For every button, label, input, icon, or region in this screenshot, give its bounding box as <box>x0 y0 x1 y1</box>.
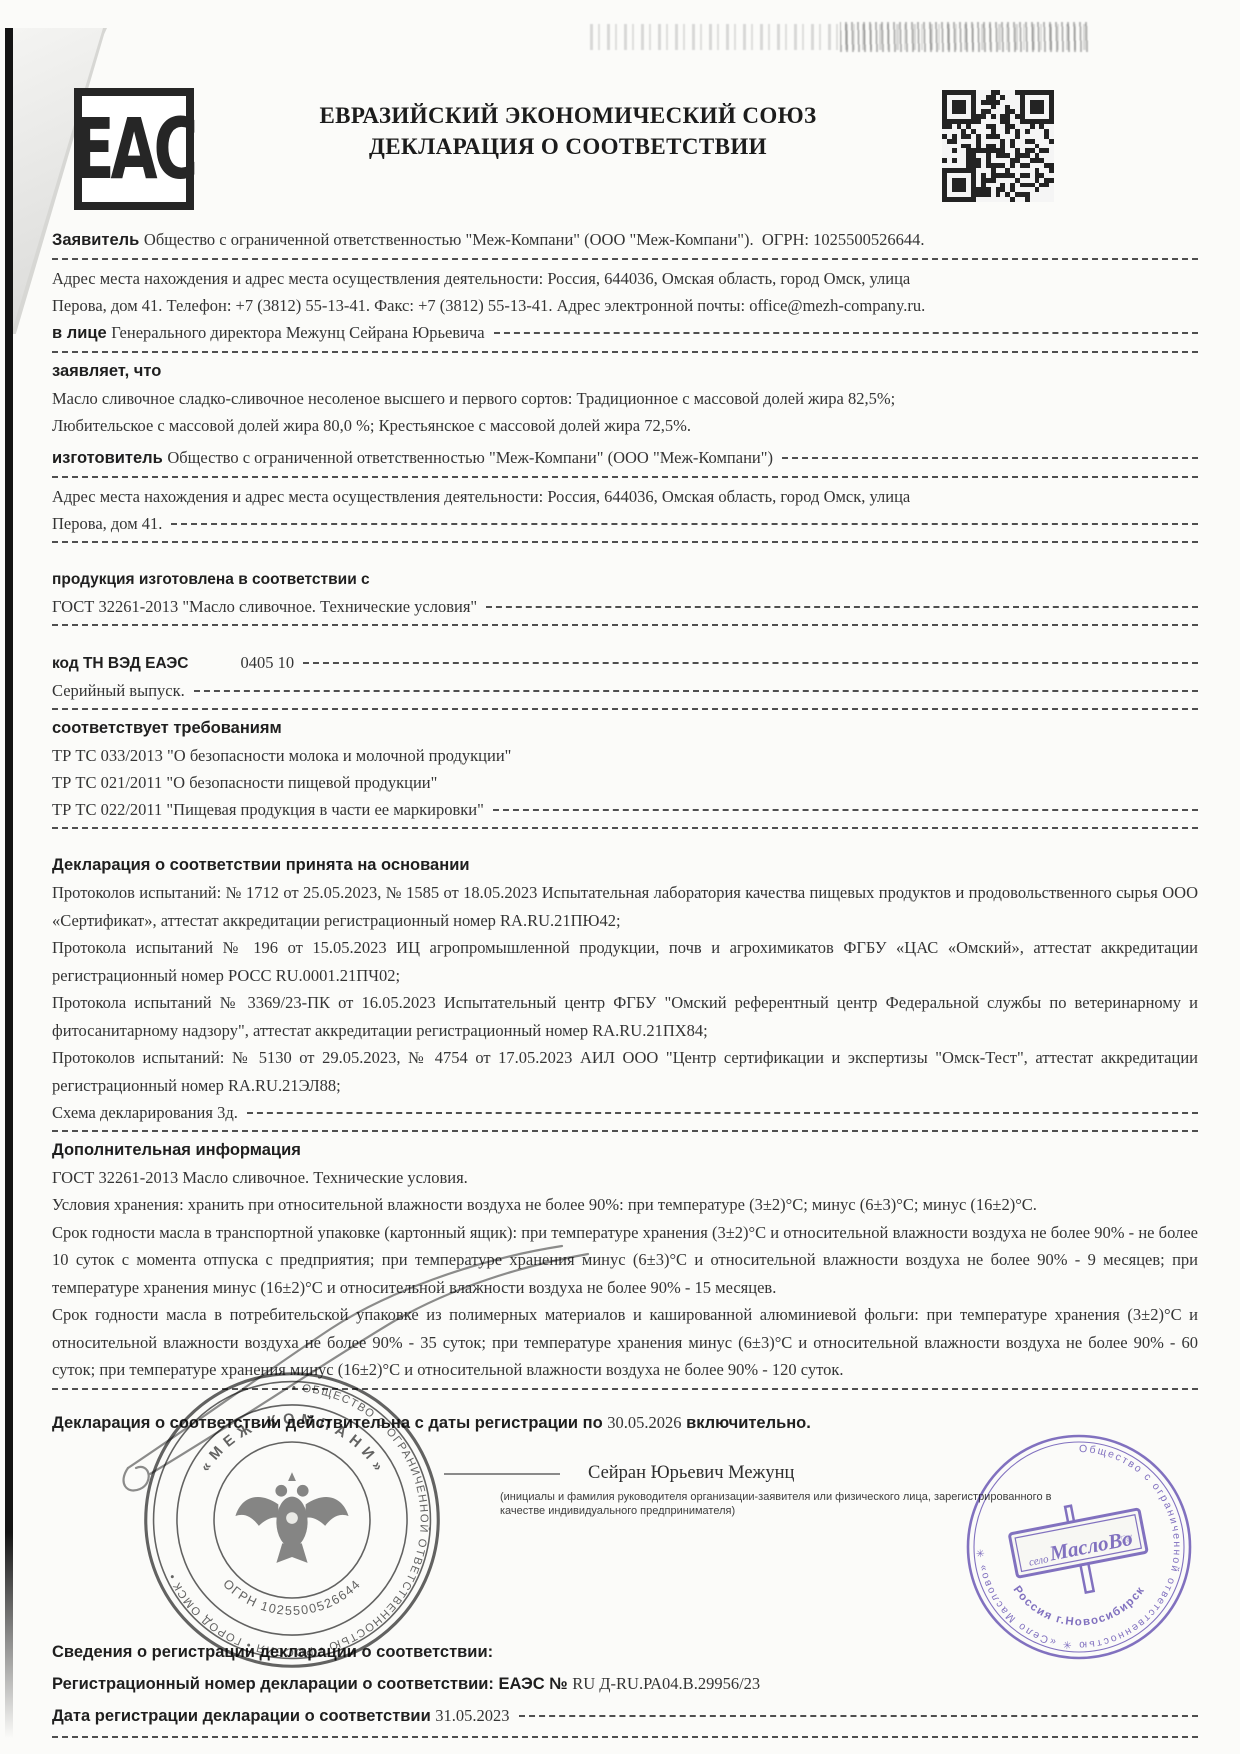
registration-number-line: Регистрационный номер декларации о соотв… <box>52 1668 1198 1700</box>
dashed-rule <box>52 824 1198 829</box>
dashed-fill <box>194 690 1198 692</box>
shelf-life-transport: Срок годности масла в транспортной упако… <box>52 1219 1198 1302</box>
represented-by-label: в лице <box>52 320 111 347</box>
eac-mark-letters: ЕАС <box>74 100 195 199</box>
document-header: ЕАС ЕВРАЗИЙСКИЙ ЭКОНОМИЧЕСКИЙ СОЮЗ ДЕКЛА… <box>52 88 1198 210</box>
scheme-line: Схема декларирования 3д. <box>52 1099 1198 1126</box>
standard-line: ГОСТ 32261-2013 "Масло сливочное. Технич… <box>52 593 1198 620</box>
dashed-fill <box>303 662 1198 664</box>
additional-label-line: Дополнительная информация <box>52 1137 1198 1164</box>
dashed-rule <box>52 1385 1198 1390</box>
dashed-fill <box>493 809 1198 811</box>
storage-conditions: Условия хранения: хранить при относитель… <box>52 1191 1198 1219</box>
applicant-line: Заявитель Общество с ограниченной ответс… <box>52 226 1198 254</box>
title-line-2: ДЕКЛАРАЦИЯ О СООТВЕТСТВИИ <box>194 131 942 162</box>
signatory-name: Сейран Юрьевич Межунц <box>588 1463 794 1484</box>
basis-paragraph-4: Протоколов испытаний: № 5130 от 29.05.20… <box>52 1044 1198 1099</box>
dashed-rule <box>52 1733 1198 1738</box>
manufacturer-address-line1: Адрес места нахождения и адрес места осу… <box>52 483 1198 510</box>
registration-block: Сведения о регистрации декларации о соот… <box>52 1636 1198 1738</box>
manufacturer-address-line2: Перова, дом 41. <box>52 510 1198 537</box>
declaration-document: ЕАС ЕВРАЗИЙСКИЙ ЭКОНОМИЧЕСКИЙ СОЮЗ ДЕКЛА… <box>0 0 1240 1754</box>
dashed-rule <box>52 1127 1198 1132</box>
declares-label-line: заявляет, что <box>52 358 1198 385</box>
applicant-label: Заявитель <box>52 227 144 254</box>
basis-paragraph-1: Протоколов испытаний: № 1712 от 25.05.20… <box>52 879 1198 934</box>
dashed-fill <box>247 1112 1198 1114</box>
signature-caption: (инициалы и фамилия руководителя организ… <box>500 1490 1060 1518</box>
applicant-address-line1: Адрес места нахождения и адрес места осу… <box>52 265 1198 292</box>
product-description-line1: Масло сливочное сладко-сливочное несолен… <box>52 385 1198 412</box>
dashed-rule <box>52 705 1198 710</box>
dashed-fill <box>782 457 1198 459</box>
tnved-line: код ТН ВЭД ЕАЭС 0405 10 <box>52 649 1198 677</box>
product-description-line2: Любительское с массовой долей жира 80,0 … <box>52 412 1198 439</box>
dashed-fill <box>171 523 1198 525</box>
dashed-fill <box>519 1715 1198 1717</box>
dashed-fill <box>494 332 1198 334</box>
title-line-1: ЕВРАЗИЙСКИЙ ЭКОНОМИЧЕСКИЙ СОЮЗ <box>194 100 942 131</box>
additional-standard-line: ГОСТ 32261-2013 Масло сливочное. Техниче… <box>52 1164 1198 1191</box>
manufacturer-line: изготовитель Общество с ограниченной отв… <box>52 444 1198 472</box>
represented-by-line: в лице Генерального директора Межунц Сей… <box>52 319 1198 347</box>
basis-paragraph-2: Протокола испытаний № 196 от 15.05.2023 … <box>52 934 1198 989</box>
qr-code-icon <box>942 90 1054 202</box>
registration-date: 31.05.2023 <box>435 1700 509 1732</box>
applicant-address-line2: Перова, дом 41. Телефон: +7 (3812) 55-13… <box>52 292 1198 319</box>
signature-row: Сейран Юрьевич Межунц <box>52 1463 1198 1484</box>
applicant-value: Общество с ограниченной ответственностью… <box>144 226 925 253</box>
made-in-accordance-label-line: продукция изготовлена в соответствии с <box>52 566 1198 593</box>
basis-paragraph-3: Протокола испытаний № 3369/23-ПК от 16.0… <box>52 989 1198 1044</box>
dashed-fill <box>486 606 1198 608</box>
basis-label-line: Декларация о соответствии принята на осн… <box>52 852 1198 879</box>
regulation-line: ТР ТС 021/2011 "О безопасности пищевой п… <box>52 769 1198 796</box>
dashed-rule <box>52 621 1198 626</box>
shelf-life-consumer: Срок годности масла в потребительской уп… <box>52 1301 1198 1384</box>
registration-number: RU Д-RU.РА04.В.29956/23 <box>572 1668 760 1700</box>
document-title: ЕВРАЗИЙСКИЙ ЭКОНОМИЧЕСКИЙ СОЮЗ ДЕКЛАРАЦИ… <box>194 88 942 162</box>
tnved-label: код ТН ВЭД ЕАЭС <box>52 650 188 677</box>
compliance-label-line: соответствует требованиям <box>52 715 1198 742</box>
registration-date-line: Дата регистрации декларации о соответств… <box>52 1700 1198 1732</box>
dashed-rule <box>52 348 1198 353</box>
scan-noise <box>840 22 1090 52</box>
validity-line: Декларация о соответствии действительна … <box>52 1409 1198 1437</box>
validity-date: 30.05.2026 <box>607 1409 681 1436</box>
regulation-line: ТР ТС 033/2013 "О безопасности молока и … <box>52 742 1198 769</box>
dashed-rule <box>52 255 1198 260</box>
eac-mark-icon: ЕАС <box>74 88 194 210</box>
tnved-code: 0405 10 <box>240 649 294 676</box>
dashed-rule <box>52 538 1198 543</box>
signature-line <box>444 1473 560 1475</box>
dashed-rule <box>52 473 1198 478</box>
regulation-line: ТР ТС 022/2011 "Пищевая продукция в част… <box>52 796 1198 823</box>
manufacturer-label: изготовитель <box>52 445 167 472</box>
release-type-line: Серийный выпуск. <box>52 677 1198 704</box>
registration-info-line: Сведения о регистрации декларации о соот… <box>52 1636 1198 1668</box>
